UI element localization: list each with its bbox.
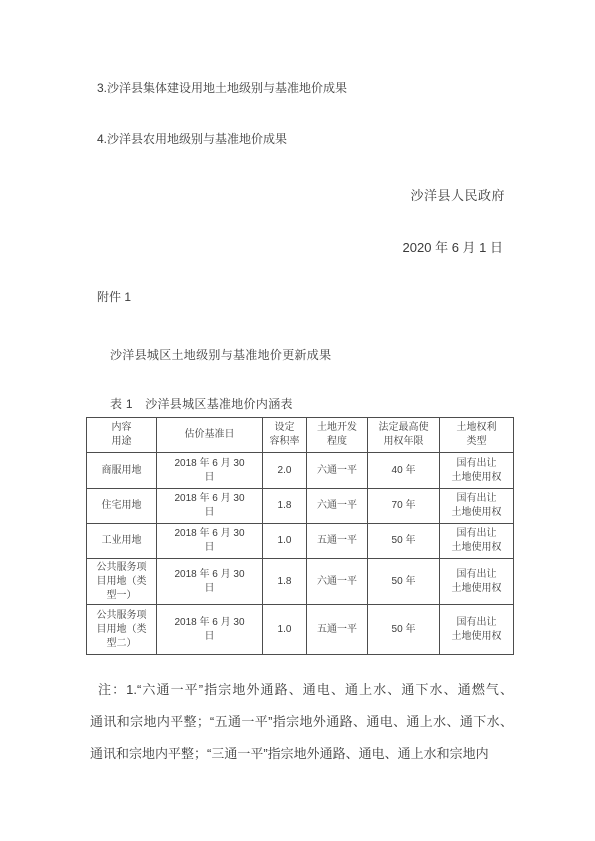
table-cell: 50 年	[368, 605, 440, 655]
attachment-title: 沙洋县城区土地级别与基准地价更新成果	[110, 347, 331, 363]
note-line-2: 通讯和宗地内平整；“五通一平”指宗地外通路、通电、通上水、通下水、	[90, 706, 513, 738]
table-cell: 70 年	[368, 489, 440, 524]
attachment-label: 附件 1	[97, 289, 131, 305]
table-cell: 50 年	[368, 524, 440, 559]
table-cell: 2018 年 6 月 30 日	[157, 605, 263, 655]
table-cell: 1.8	[263, 489, 307, 524]
table-cell: 2018 年 6 月 30 日	[157, 453, 263, 489]
table-cell: 六通一平	[307, 489, 368, 524]
signature-date: 2020 年 6 月 1 日	[403, 240, 503, 256]
table-header-cell: 估价基准日	[157, 418, 263, 453]
table-cell: 公共服务项 目用地（类 型一）	[87, 559, 157, 605]
document-page: 3.沙洋县集体建设用地土地级别与基准地价成果 4.沙洋县农用地级别与基准地价成果…	[0, 0, 595, 841]
table-cell: 工业用地	[87, 524, 157, 559]
table-cell: 2.0	[263, 453, 307, 489]
signature-line: 沙洋县人民政府	[410, 188, 505, 204]
table-cell: 国有出让 土地使用权	[440, 453, 514, 489]
table-row: 公共服务项 目用地（类 型一） 2018 年 6 月 30 日 1.8 六通一平…	[87, 559, 514, 605]
note-line-3: 通讯和宗地内平整；“三通一平”指宗地外通路、通电、通上水和宗地内	[90, 738, 513, 770]
table-header-row: 内容 用途 估价基准日 设定 容积率 土地开发 程度 法定最高使 用权年限 土地…	[87, 418, 514, 453]
table-row: 公共服务项 目用地（类 型二） 2018 年 6 月 30 日 1.0 五通一平…	[87, 605, 514, 655]
table-cell: 商服用地	[87, 453, 157, 489]
table-cell: 五通一平	[307, 524, 368, 559]
table-header-cell: 土地权利 类型	[440, 418, 514, 453]
table-header-cell: 设定 容积率	[263, 418, 307, 453]
table-cell: 1.0	[263, 605, 307, 655]
table-cell: 国有出让 土地使用权	[440, 489, 514, 524]
table-cell: 1.0	[263, 524, 307, 559]
table-cell: 公共服务项 目用地（类 型二）	[87, 605, 157, 655]
table-cell: 六通一平	[307, 559, 368, 605]
list-item-4: 4.沙洋县农用地级别与基准地价成果	[97, 131, 287, 147]
note-line-1: 注：1.“六通一平”指宗地外通路、通电、通上水、通下水、通燃气、	[90, 674, 513, 706]
table-header-cell: 土地开发 程度	[307, 418, 368, 453]
notes-block: 注：1.“六通一平”指宗地外通路、通电、通上水、通下水、通燃气、 通讯和宗地内平…	[90, 674, 513, 770]
table-cell: 国有出让 土地使用权	[440, 524, 514, 559]
table-cell: 2018 年 6 月 30 日	[157, 489, 263, 524]
table-cell: 2018 年 6 月 30 日	[157, 524, 263, 559]
table-cell: 40 年	[368, 453, 440, 489]
table-cell: 1.8	[263, 559, 307, 605]
table-cell: 住宅用地	[87, 489, 157, 524]
table-cell: 国有出让 土地使用权	[440, 559, 514, 605]
list-item-3: 3.沙洋县集体建设用地土地级别与基准地价成果	[97, 80, 347, 96]
table-header-cell: 法定最高使 用权年限	[368, 418, 440, 453]
table-caption: 表 1 沙洋县城区基准地价内涵表	[110, 396, 293, 412]
table-header-cell: 内容 用途	[87, 418, 157, 453]
benchmark-price-table: 内容 用途 估价基准日 设定 容积率 土地开发 程度 法定最高使 用权年限 土地…	[86, 417, 514, 655]
table-cell: 国有出让 土地使用权	[440, 605, 514, 655]
table-cell: 六通一平	[307, 453, 368, 489]
table-cell: 五通一平	[307, 605, 368, 655]
table-row: 工业用地 2018 年 6 月 30 日 1.0 五通一平 50 年 国有出让 …	[87, 524, 514, 559]
table-cell: 50 年	[368, 559, 440, 605]
table-row: 住宅用地 2018 年 6 月 30 日 1.8 六通一平 70 年 国有出让 …	[87, 489, 514, 524]
table-cell: 2018 年 6 月 30 日	[157, 559, 263, 605]
table-row: 商服用地 2018 年 6 月 30 日 2.0 六通一平 40 年 国有出让 …	[87, 453, 514, 489]
